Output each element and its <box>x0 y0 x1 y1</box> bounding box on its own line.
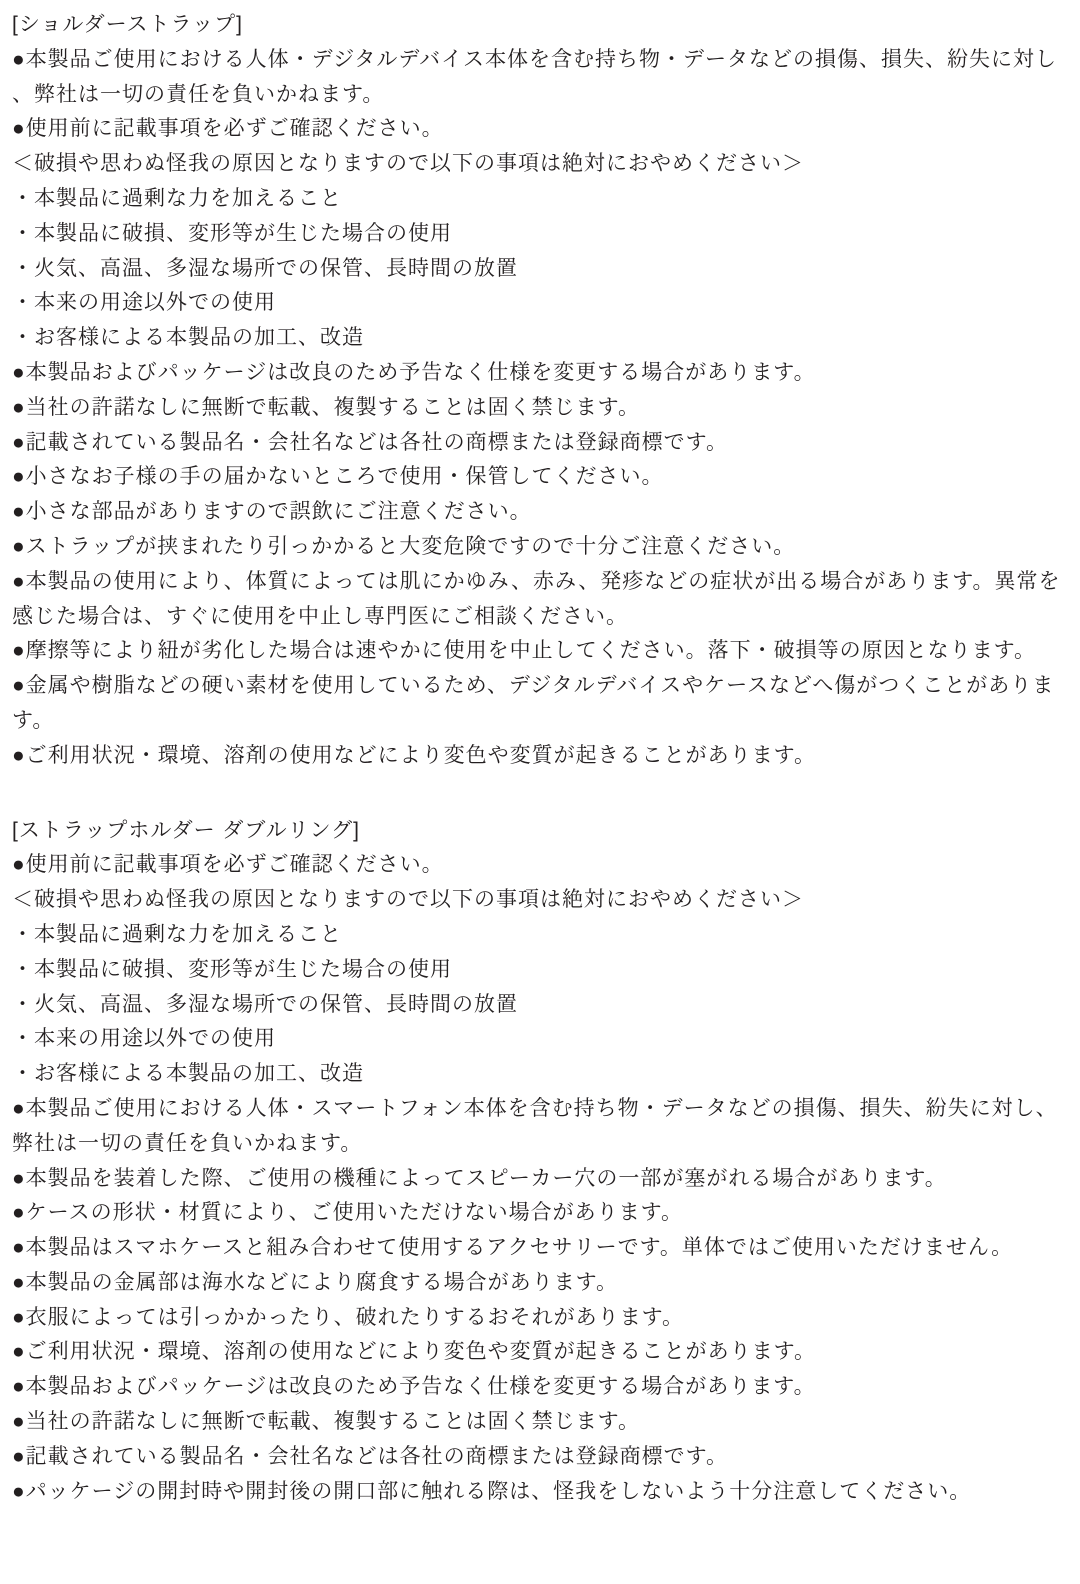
notice-line: ・本製品に破損、変形等が生じた場合の使用 <box>12 217 1062 252</box>
notice-line: ●当社の許諾なしに無断で転載、複製することは固く禁じます。 <box>12 391 1062 426</box>
notice-line: す。 <box>12 704 1062 739</box>
notice-line: ●ご利用状況・環境、溶剤の使用などにより変色や変質が起きることがあります。 <box>12 739 1062 774</box>
notice-line: ●金属や樹脂などの硬い素材を使用しているため、デジタルデバイスやケースなどへ傷が… <box>12 669 1062 704</box>
notice-line: ・お客様による本製品の加工、改造 <box>12 1057 1062 1092</box>
notice-line: 、弊社は一切の責任を負いかねます。 <box>12 78 1062 113</box>
section-strap-holder-double-ring: [ストラップホルダー ダブルリング] ●使用前に記載事項を必ずご確認ください。＜… <box>12 814 1062 1510</box>
notice-line: ●小さな部品がありますので誤飲にご注意ください。 <box>12 495 1062 530</box>
notice-line: ●本製品を装着した際、ご使用の機種によってスピーカー穴の一部が塞がれる場合があり… <box>12 1162 1062 1197</box>
notice-line: ●本製品の金属部は海水などにより腐食する場合があります。 <box>12 1266 1062 1301</box>
notice-line: ・火気、高温、多湿な場所での保管、長時間の放置 <box>12 988 1062 1023</box>
notice-line: ●当社の許諾なしに無断で転載、複製することは固く禁じます。 <box>12 1405 1062 1440</box>
notice-line: ・本製品に過剰な力を加えること <box>12 918 1062 953</box>
notice-line: ●本製品およびパッケージは改良のため予告なく仕様を変更する場合があります。 <box>12 1370 1062 1405</box>
section-shoulder-strap: [ショルダーストラップ] ●本製品ご使用における人体・デジタルデバイス本体を含む… <box>12 8 1062 774</box>
notice-line: ●摩擦等により紐が劣化した場合は速やかに使用を中止してください。落下・破損等の原… <box>12 634 1062 669</box>
section-lines-shoulder-strap: ●本製品ご使用における人体・デジタルデバイス本体を含む持ち物・データなどの損傷、… <box>12 43 1062 774</box>
notice-line: 感じた場合は、すぐに使用を中止し専門医にご相談ください。 <box>12 600 1062 635</box>
notice-line: ●記載されている製品名・会社名などは各社の商標または登録商標です。 <box>12 426 1062 461</box>
notice-line: ●ご利用状況・環境、溶剤の使用などにより変色や変質が起きることがあります。 <box>12 1335 1062 1370</box>
warnings-document: [ショルダーストラップ] ●本製品ご使用における人体・デジタルデバイス本体を含む… <box>0 0 1080 1584</box>
notice-line: ・本製品に破損、変形等が生じた場合の使用 <box>12 953 1062 988</box>
notice-line: ・本来の用途以外での使用 <box>12 286 1062 321</box>
notice-line: ●ケースの形状・材質により、ご使用いただけない場合があります。 <box>12 1196 1062 1231</box>
notice-line: ＜破損や思わぬ怪我の原因となりますので以下の事項は絶対におやめください＞ <box>12 883 1062 918</box>
notice-line: ・本来の用途以外での使用 <box>12 1022 1062 1057</box>
notice-line: ●小さなお子様の手の届かないところで使用・保管してください。 <box>12 460 1062 495</box>
section-heading-strap-holder-double-ring: [ストラップホルダー ダブルリング] <box>12 814 1062 849</box>
notice-line: ●本製品ご使用における人体・デジタルデバイス本体を含む持ち物・データなどの損傷、… <box>12 43 1062 78</box>
notice-line: ・本製品に過剰な力を加えること <box>12 182 1062 217</box>
notice-line: ・お客様による本製品の加工、改造 <box>12 321 1062 356</box>
notice-line: ●パッケージの開封時や開封後の開口部に触れる際は、怪我をしないよう十分注意してく… <box>12 1475 1062 1510</box>
section-lines-strap-holder-double-ring: ●使用前に記載事項を必ずご確認ください。＜破損や思わぬ怪我の原因となりますので以… <box>12 848 1062 1509</box>
notice-line: ●衣服によっては引っかかったり、破れたりするおそれがあります。 <box>12 1301 1062 1336</box>
notice-line: ・火気、高温、多湿な場所での保管、長時間の放置 <box>12 252 1062 287</box>
notice-line: ＜破損や思わぬ怪我の原因となりますので以下の事項は絶対におやめください＞ <box>12 147 1062 182</box>
notice-line: ●ストラップが挟まれたり引っかかると大変危険ですので十分ご注意ください。 <box>12 530 1062 565</box>
notice-line: ●記載されている製品名・会社名などは各社の商標または登録商標です。 <box>12 1440 1062 1475</box>
notice-line: ●使用前に記載事項を必ずご確認ください。 <box>12 112 1062 147</box>
notice-line: ●本製品はスマホケースと組み合わせて使用するアクセサリーです。単体ではご使用いた… <box>12 1231 1062 1266</box>
notice-line: ●本製品およびパッケージは改良のため予告なく仕様を変更する場合があります。 <box>12 356 1062 391</box>
notice-line: 弊社は一切の責任を負いかねます。 <box>12 1127 1062 1162</box>
section-heading-shoulder-strap: [ショルダーストラップ] <box>12 8 1062 43</box>
notice-line: ●本製品の使用により、体質によっては肌にかゆみ、赤み、発疹などの症状が出る場合が… <box>12 565 1062 600</box>
notice-line: ●使用前に記載事項を必ずご確認ください。 <box>12 848 1062 883</box>
notice-line: ●本製品ご使用における人体・スマートフォン本体を含む持ち物・データなどの損傷、損… <box>12 1092 1062 1127</box>
